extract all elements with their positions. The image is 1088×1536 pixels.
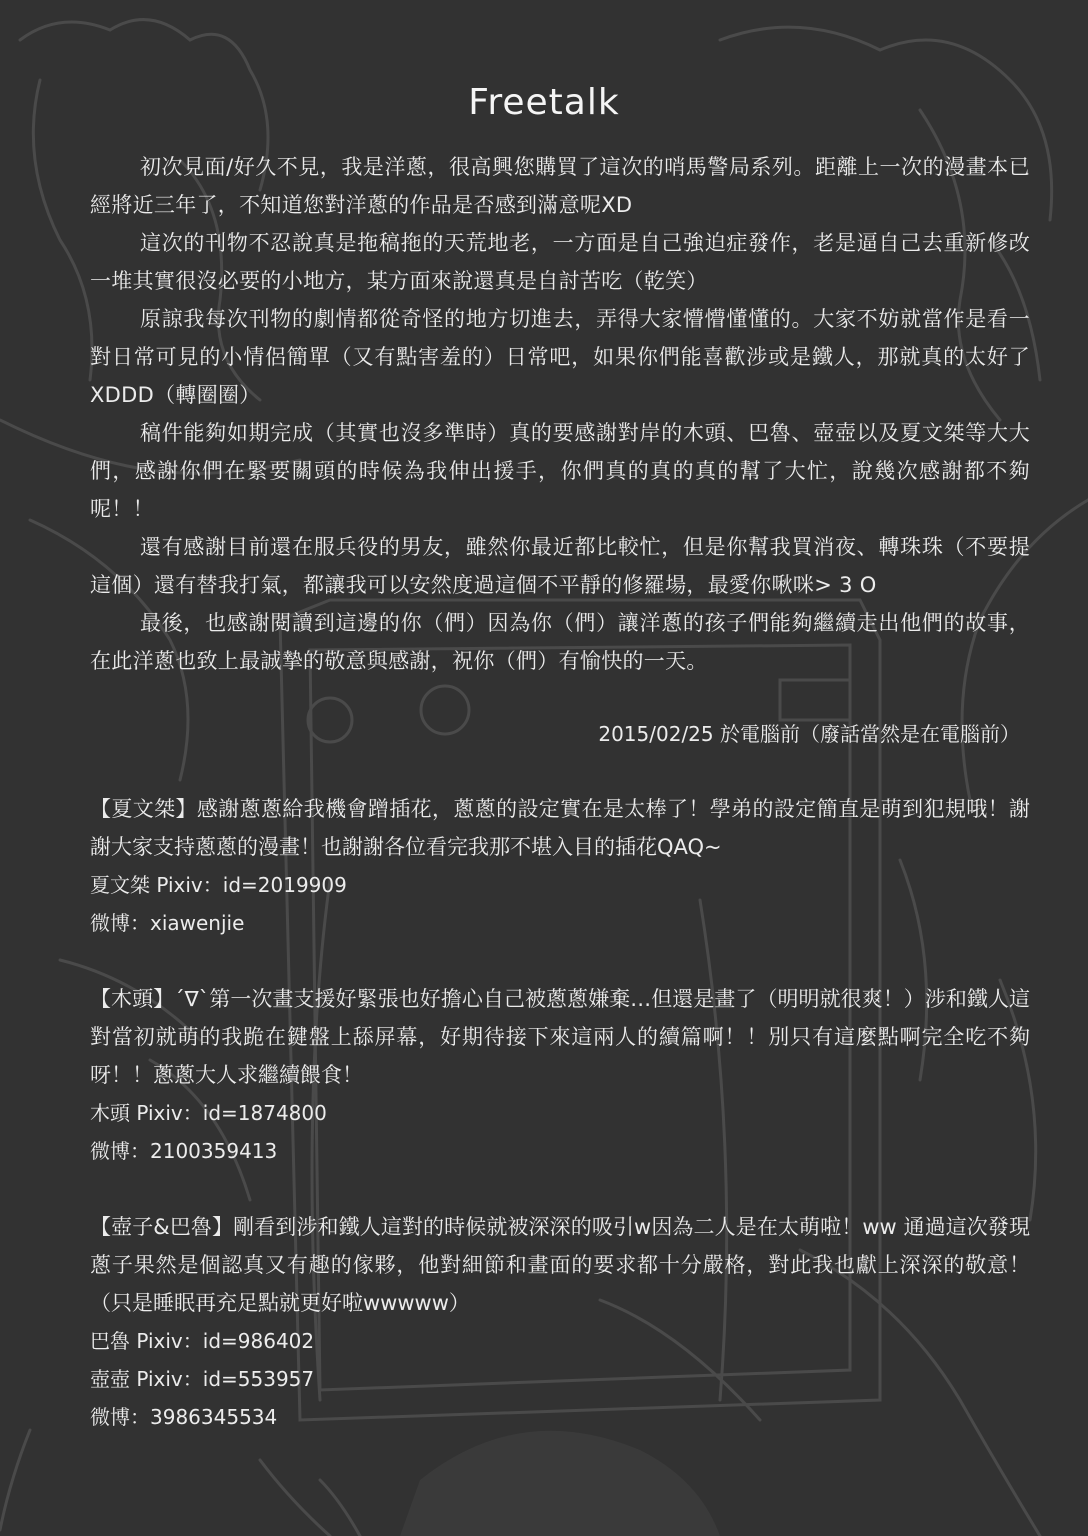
guest-pixiv-handle: 夏文桀 Pixiv：id=2019909: [90, 866, 1030, 904]
freetalk-paragraph: 這次的刊物不忍說真是拖稿拖的天荒地老，一方面是自己強迫症發作，老是逼自己去重新修…: [90, 224, 1030, 300]
guest-comment-xiawenjie: 【夏文桀】感謝蔥蔥給我機會蹭插花，蔥蔥的設定實在是太棒了！學弟的設定簡直是萌到犯…: [90, 790, 1030, 942]
guest-comment-mutou: 【木頭】´∇`第一次畫支援好緊張也好擔心自己被蔥蔥嫌棄…但還是畫了（明明就很爽！…: [90, 980, 1030, 1170]
freetalk-body: 初次見面/好久不見，我是洋蔥，很高興您購買了這次的哨馬警局系列。距離上一次的漫畫…: [90, 148, 1030, 680]
guest-weibo-handle: 微博：xiawenjie: [90, 904, 1030, 942]
guest-weibo-handle: 微博：2100359413: [90, 1132, 1030, 1170]
signature-date-line: 2015/02/25 於電腦前（廢話當然是在電腦前）: [598, 718, 1020, 747]
freetalk-paragraph: 原諒我每次刊物的劇情都從奇怪的地方切進去，弄得大家懵懵懂懂的。大家不妨就當作是看…: [90, 300, 1030, 414]
freetalk-paragraph: 初次見面/好久不見，我是洋蔥，很高興您購買了這次的哨馬警局系列。距離上一次的漫畫…: [90, 148, 1030, 224]
freetalk-paragraph: 稿件能夠如期完成（其實也沒多準時）真的要感謝對岸的木頭、巴魯、壺壺以及夏文桀等大…: [90, 414, 1030, 528]
guest-pixiv-handle: 巴魯 Pixiv：id=986402: [90, 1322, 1030, 1360]
guest-pixiv-handle: 壺壺 Pixiv：id=553957: [90, 1360, 1030, 1398]
guest-message: 【木頭】´∇`第一次畫支援好緊張也好擔心自己被蔥蔥嫌棄…但還是畫了（明明就很爽！…: [90, 980, 1030, 1094]
guest-pixiv-handle: 木頭 Pixiv：id=1874800: [90, 1094, 1030, 1132]
freetalk-paragraph: 最後，也感謝閱讀到這邊的你（們）因為你（們）讓洋蔥的孩子們能夠繼續走出他們的故事…: [90, 604, 1030, 680]
freetalk-paragraph: 還有感謝目前還在服兵役的男友，雖然你最近都比較忙，但是你幫我買消夜、轉珠珠（不要…: [90, 528, 1030, 604]
guest-comment-huzi-balu: 【壺子&巴魯】剛看到涉和鐵人這對的時候就被深深的吸引w因為二人是在太萌啦！ww …: [90, 1208, 1030, 1436]
page-title: Freetalk: [0, 82, 1088, 123]
guest-weibo-handle: 微博：3986345534: [90, 1398, 1030, 1436]
guest-message: 【壺子&巴魯】剛看到涉和鐵人這對的時候就被深深的吸引w因為二人是在太萌啦！ww …: [90, 1208, 1030, 1322]
guest-message: 【夏文桀】感謝蔥蔥給我機會蹭插花，蔥蔥的設定實在是太棒了！學弟的設定簡直是萌到犯…: [90, 790, 1030, 866]
